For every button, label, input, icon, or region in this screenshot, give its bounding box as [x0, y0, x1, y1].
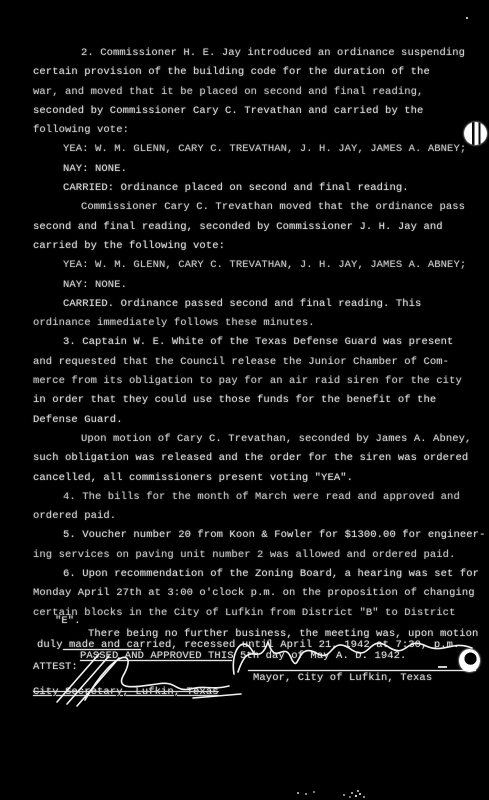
mayor-signature — [228, 630, 478, 676]
film-noise-speckles — [297, 792, 299, 794]
film-reel-hole-icon — [459, 649, 480, 672]
film-scratch-mark — [438, 666, 447, 668]
scanned-page: 2. Commissioner H. E. Jay introduced an … — [0, 0, 489, 800]
district-e-line: "E". — [55, 615, 81, 627]
secretary-signature — [45, 646, 245, 708]
film-dust-speck — [466, 17, 468, 19]
film-reel-hole-icon — [464, 122, 487, 145]
